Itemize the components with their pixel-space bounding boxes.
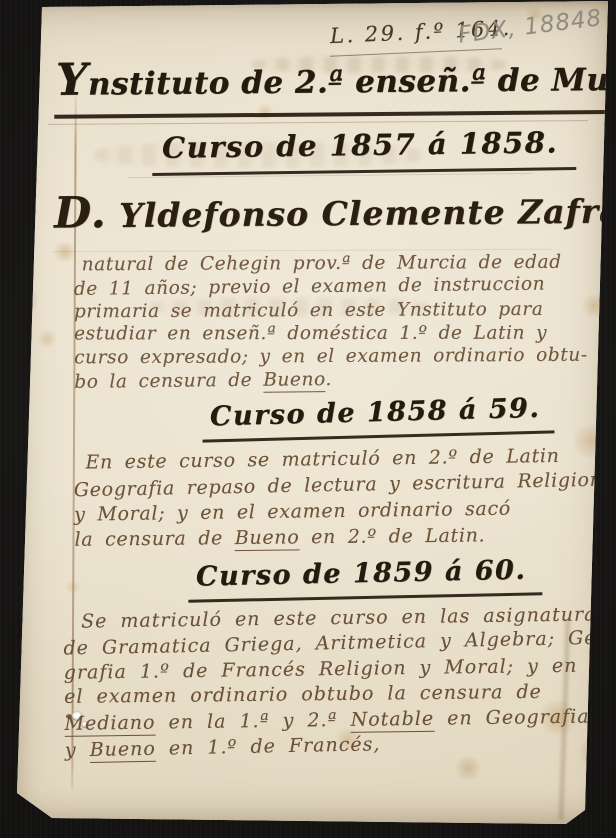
institute-title: Ynstituto de 2.ª enseñ.ª de Murcia. <box>54 49 616 119</box>
title-ruled-line <box>48 120 588 125</box>
line-text: en Geografia <box>434 705 590 729</box>
line-text: estudiar en enseñ.ª doméstica 1.º de Lat… <box>74 323 547 345</box>
line-text: de 11 años; previo el examen de instrucc… <box>74 274 546 300</box>
underlined-grade: Bueno <box>235 526 300 551</box>
manuscript-line: primaria se matriculó en este Ynstituto … <box>74 297 588 323</box>
manuscript-line: bo la censura de Bueno. <box>74 366 588 395</box>
underlined-grade: Bueno <box>89 738 156 763</box>
line-text: en 2.º de Latin. <box>299 524 485 548</box>
manuscript-line: estudiar en enseñ.ª doméstica 1.º de Lat… <box>74 321 588 345</box>
record-paragraph-1858: En este curso se matriculó en 2.º de Lat… <box>73 442 603 553</box>
underlined-grade: Bueno <box>263 370 325 394</box>
line-text: el examen ordinario obtubo la censura de <box>64 681 542 708</box>
student-name: D. Yldefonso Clemente Zafra, <box>54 183 616 238</box>
heading-curso-1857-1858: Curso de 1857 á 1858. <box>152 125 577 176</box>
archive-pencil-ref: FDX, 18848 <box>457 5 604 48</box>
stain <box>36 330 58 348</box>
record-paragraph-1859: Se matriculó en este curso en las asigna… <box>63 602 616 762</box>
manuscript-page: L. 29. f.º 164. FDX, 18848 Ynstituto de … <box>0 0 616 838</box>
line-text: primaria se matriculó en este Ynstituto … <box>74 298 544 321</box>
line-text: en la 1.ª y 2.ª <box>155 708 350 733</box>
stain <box>452 756 484 780</box>
line-text: natural de Cehegin prov.ª de Murcia de e… <box>82 252 562 276</box>
line-text: y <box>65 739 90 761</box>
line-text: la censura de <box>74 527 234 551</box>
archival-scan: { "scan": { "background_color": "#121110… <box>0 0 616 838</box>
heading-curso-1859-60: Curso de 1859 á 60. <box>188 554 543 602</box>
manuscript-line: la censura de Bueno en 2.º de Latin. <box>74 521 603 553</box>
line-text: . <box>325 369 332 390</box>
line-text: en 1.º de Francés, <box>156 733 381 760</box>
heading-curso-1858-59: Curso de 1858 á 59. <box>202 392 555 442</box>
underlined-grade: Mediano <box>64 711 155 736</box>
underlined-grade: Notable <box>350 707 434 732</box>
line-text: bo la censura de <box>74 370 263 393</box>
record-paragraph-1857: natural de Cehegin prov.ª de Murcia de e… <box>74 251 588 393</box>
